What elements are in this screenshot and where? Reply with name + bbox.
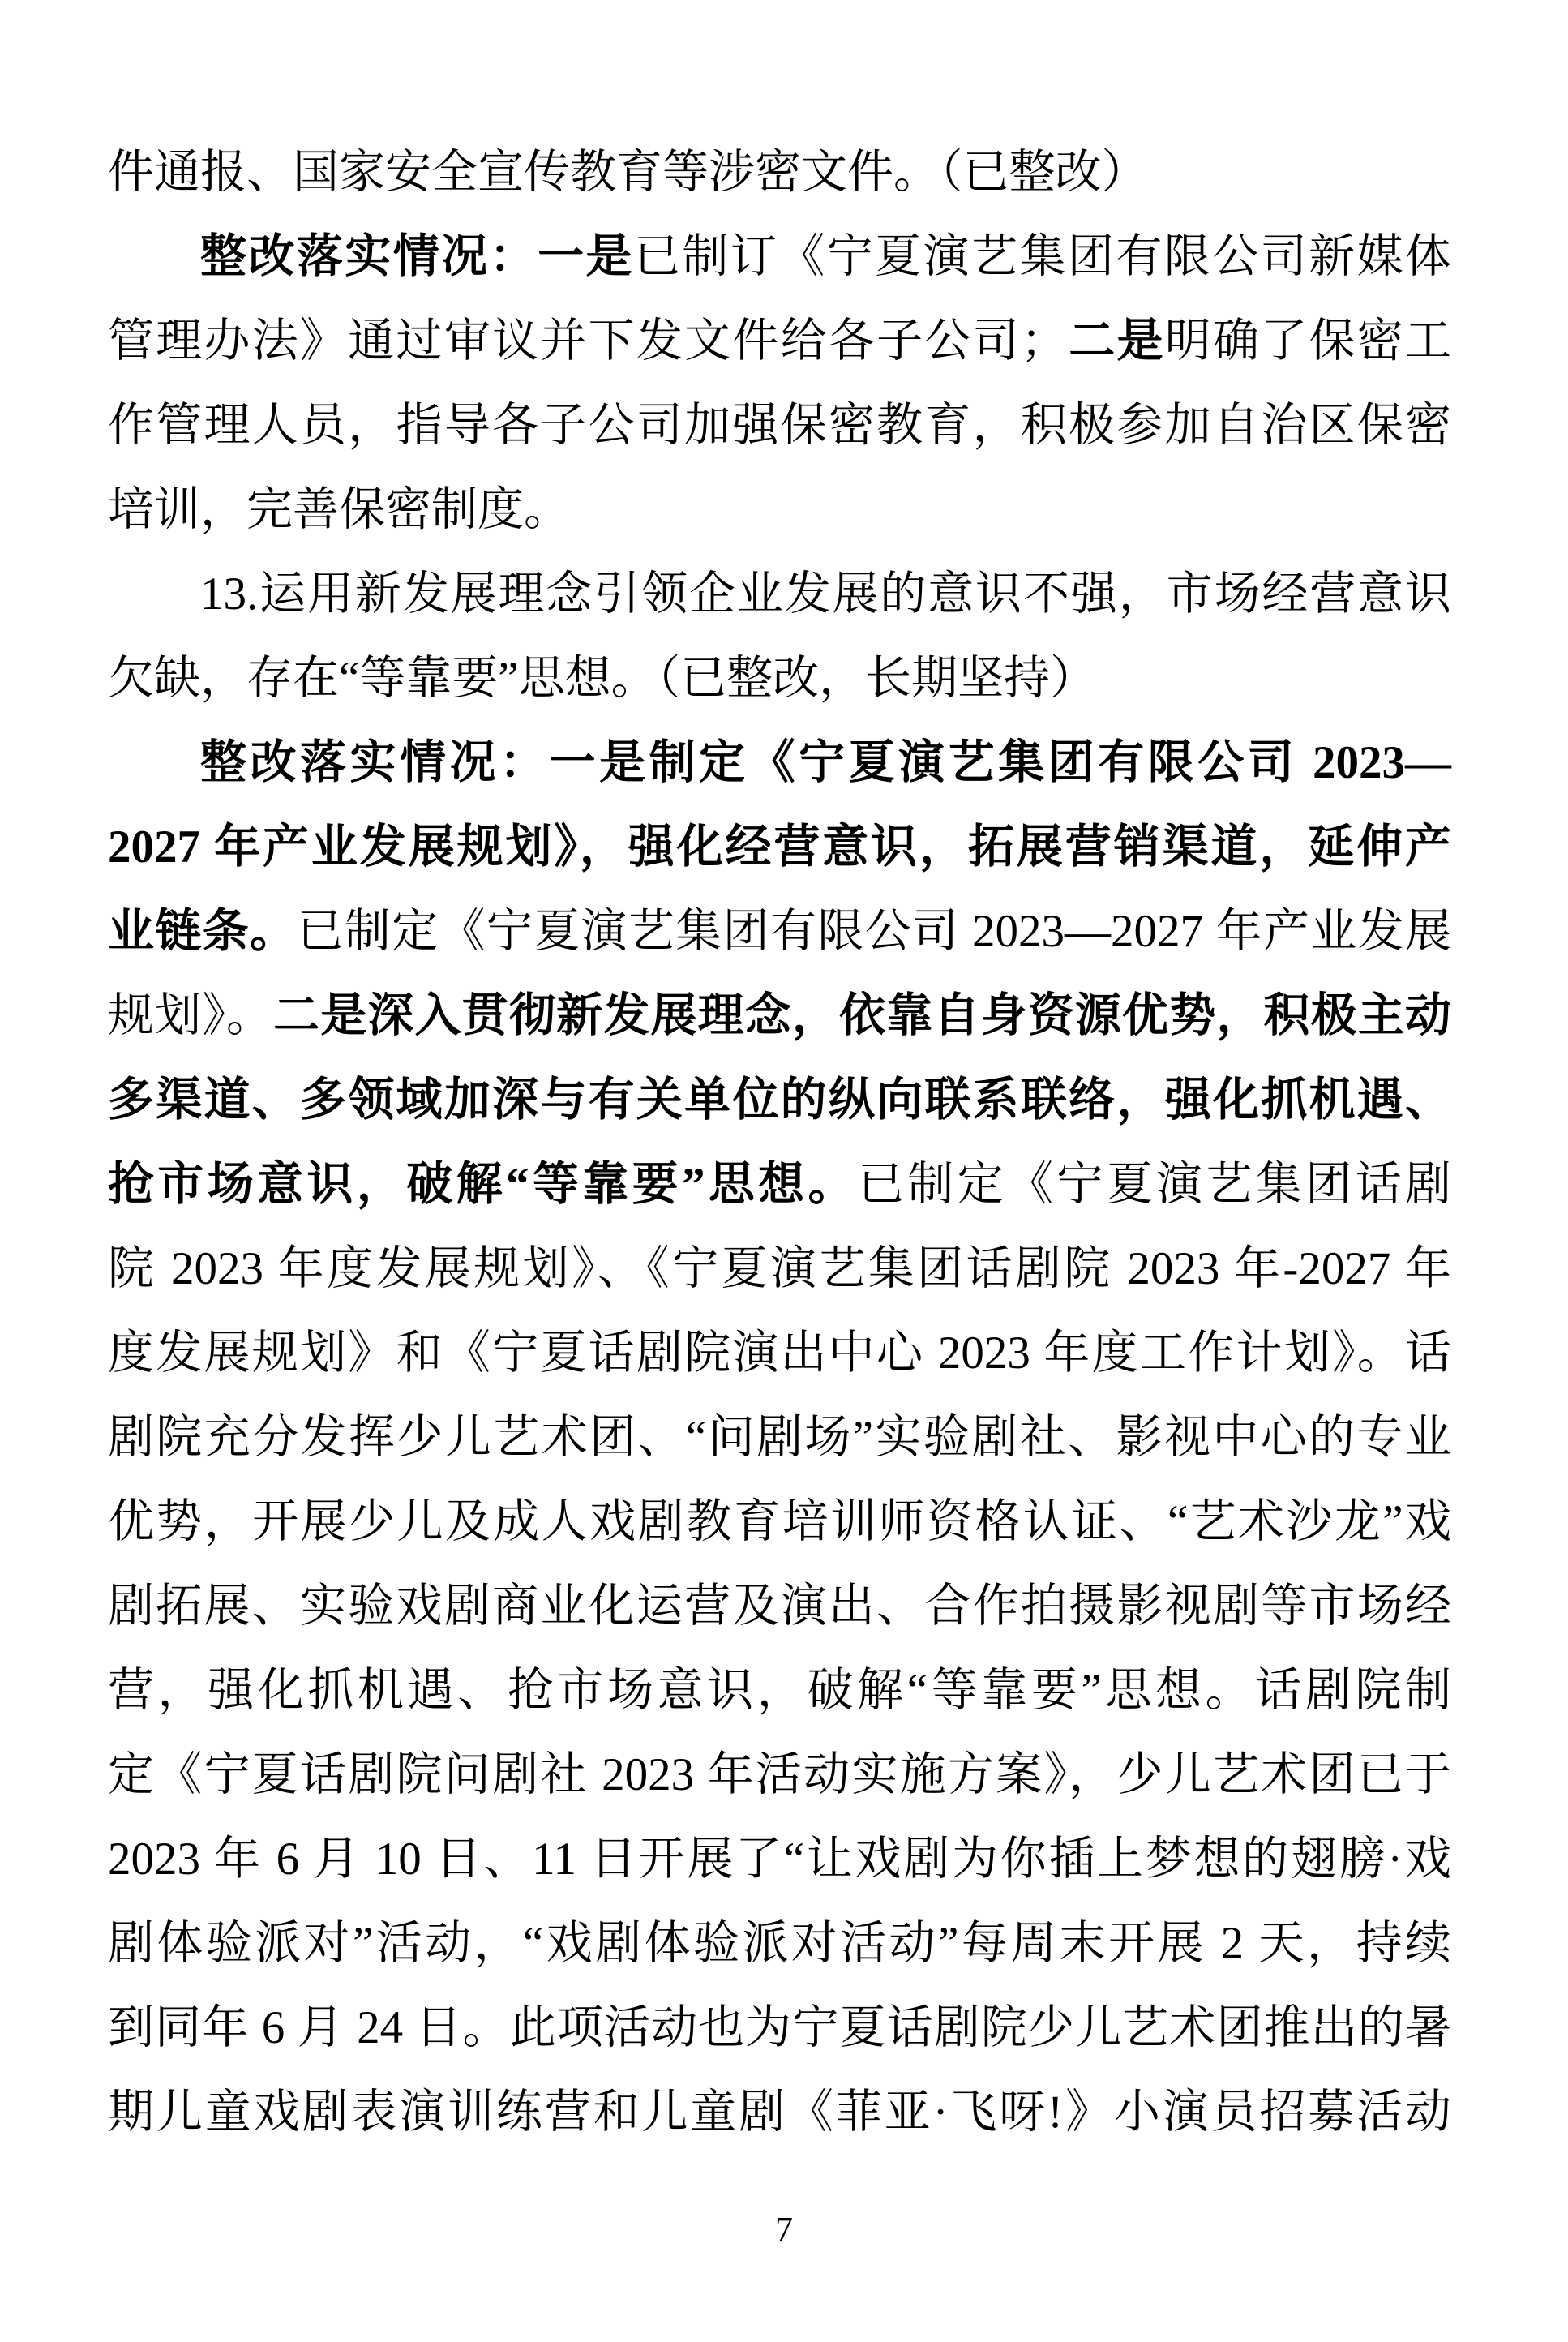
text-line: 件通报、国家安全宣传教育等涉密文件。（已整改） — [108, 131, 1451, 215]
text-line: 整改落实情况：一是已制订《宁夏演艺集团有限公司新媒体 — [108, 215, 1451, 299]
text-run: 业链条。 — [108, 906, 297, 957]
text-line: 抢市场意识，破解“等靠要”思想。已制定《宁夏演艺集团话剧 — [108, 1143, 1451, 1227]
text-line: 管理办法》通过审议并下发文件给各子公司；二是明确了保密工 — [108, 299, 1451, 384]
text-line: 规划》。二是深入贯彻新发展理念，依靠自身资源优势，积极主动 — [108, 974, 1451, 1058]
text-run: 期儿童戏剧表演训练营和儿童剧《菲亚·飞呀!》小演员招募活动 — [108, 2087, 1451, 2138]
text-run: 规划》。 — [108, 990, 273, 1041]
document-body: 件通报、国家安全宣传教育等涉密文件。（已整改）整改落实情况：一是已制订《宁夏演艺… — [108, 131, 1451, 2155]
text-run: 多渠道、多领域加深与有关单位的纵向联系联络，强化抓机遇、 — [108, 1074, 1451, 1126]
text-line: 2023 年 6 月 10 日、11 日开展了“让戏剧为你插上梦想的翅膀·戏 — [108, 1817, 1451, 1902]
text-line: 多渠道、多领域加深与有关单位的纵向联系联络，强化抓机遇、 — [108, 1058, 1451, 1143]
text-run: 2023 年 6 月 10 日、11 日开展了“让戏剧为你插上梦想的翅膀·戏 — [108, 1834, 1451, 1885]
text-line: 优势，开展少儿及成人戏剧教育培训师资格认证、“艺术沙龙”戏 — [108, 1480, 1451, 1564]
text-run: 欠缺，存在“等靠要”思想。（已整改，长期坚持） — [108, 653, 1096, 704]
text-line: 13.运用新发展理念引领企业发展的意识不强，市场经营意识 — [108, 552, 1451, 637]
text-line: 作管理人员，指导各子公司加强保密教育，积极参加自治区保密 — [108, 384, 1451, 468]
text-run: 二是 — [1067, 315, 1165, 367]
text-run: 营，强化抓机遇、抢市场意识，破解“等靠要”思想。话剧院制 — [108, 1665, 1451, 1716]
text-run: 作管理人员，指导各子公司加强保密教育，积极参加自治区保密 — [108, 400, 1451, 451]
text-run: 剧体验派对”活动，“戏剧体验派对活动”每周末开展 2 天，持续 — [108, 1918, 1451, 1969]
text-run: 13.运用新发展理念引领企业发展的意识不强，市场经营意识 — [200, 568, 1451, 620]
text-run: 培训，完善保密制度。 — [108, 484, 570, 535]
text-line: 定《宁夏话剧院问剧社 2023 年活动实施方案》，少儿艺术团已于 — [108, 1733, 1451, 1817]
document-page: 件通报、国家安全宣传教育等涉密文件。（已整改）整改落实情况：一是已制订《宁夏演艺… — [0, 0, 1568, 2342]
text-line: 整改落实情况：一是制定《宁夏演艺集团有限公司 2023— — [108, 721, 1451, 805]
text-run: 已制定《宁夏演艺集团话剧 — [858, 1159, 1451, 1210]
text-run: 院 2023 年度发展规划》、《宁夏演艺集团话剧院 2023 年-2027 年 — [108, 1243, 1451, 1294]
text-line: 2027 年产业发展规划》，强化经营意识，拓展营销渠道，延伸产 — [108, 805, 1451, 890]
text-line: 到同年 6 月 24 日。此项活动也为宁夏话剧院少儿艺术团推出的暑 — [108, 1986, 1451, 2070]
text-run: 定《宁夏话剧院问剧社 2023 年活动实施方案》，少儿艺术团已于 — [108, 1749, 1451, 1800]
text-run: 明确了保密工 — [1165, 315, 1451, 367]
text-run: 优势，开展少儿及成人戏剧教育培训师资格认证、“艺术沙龙”戏 — [108, 1496, 1451, 1547]
text-run: 整改落实情况：一是 — [200, 231, 634, 282]
text-line: 剧拓展、实验戏剧商业化运营及演出、合作拍摄影视剧等市场经 — [108, 1564, 1451, 1649]
text-line: 欠缺，存在“等靠要”思想。（已整改，长期坚持） — [108, 637, 1451, 721]
text-line: 期儿童戏剧表演训练营和儿童剧《菲亚·飞呀!》小演员招募活动 — [108, 2070, 1451, 2155]
text-line: 营，强化抓机遇、抢市场意识，破解“等靠要”思想。话剧院制 — [108, 1649, 1451, 1733]
text-run: 2027 年产业发展规划》，强化经营意识，拓展营销渠道，延伸产 — [108, 821, 1451, 873]
text-line: 培训，完善保密制度。 — [108, 468, 1451, 552]
text-run: 管理办法》通过审议并下发文件给各子公司； — [108, 315, 1067, 367]
text-line: 剧体验派对”活动，“戏剧体验派对活动”每周末开展 2 天，持续 — [108, 1902, 1451, 1986]
text-line: 业链条。已制定《宁夏演艺集团有限公司 2023—2027 年产业发展 — [108, 890, 1451, 974]
text-line: 度发展规划》和《宁夏话剧院演出中心 2023 年度工作计划》。话 — [108, 1311, 1451, 1396]
text-run: 抢市场意识，破解“等靠要”思想。 — [108, 1159, 858, 1210]
page-number: 7 — [0, 2207, 1568, 2253]
text-run: 件通报、国家安全宣传教育等涉密文件。（已整改） — [108, 147, 1148, 198]
text-run: 已制定《宁夏演艺集团有限公司 2023—2027 年产业发展 — [297, 906, 1451, 957]
text-line: 院 2023 年度发展规划》、《宁夏演艺集团话剧院 2023 年-2027 年 — [108, 1227, 1451, 1311]
text-run: 到同年 6 月 24 日。此项活动也为宁夏话剧院少儿艺术团推出的暑 — [108, 2002, 1451, 2053]
text-run: 整改落实情况：一是制定《宁夏演艺集团有限公司 2023— — [200, 737, 1451, 788]
text-run: 度发展规划》和《宁夏话剧院演出中心 2023 年度工作计划》。话 — [108, 1328, 1451, 1379]
text-run: 二是深入贯彻新发展理念，依靠自身资源优势，积极主动 — [273, 990, 1451, 1041]
text-run: 已制订《宁夏演艺集团有限公司新媒体 — [634, 231, 1451, 282]
text-line: 剧院充分发挥少儿艺术团、“问剧场”实验剧社、影视中心的专业 — [108, 1396, 1451, 1480]
text-run: 剧拓展、实验戏剧商业化运营及演出、合作拍摄影视剧等市场经 — [108, 1581, 1451, 1632]
text-run: 剧院充分发挥少儿艺术团、“问剧场”实验剧社、影视中心的专业 — [108, 1412, 1451, 1463]
